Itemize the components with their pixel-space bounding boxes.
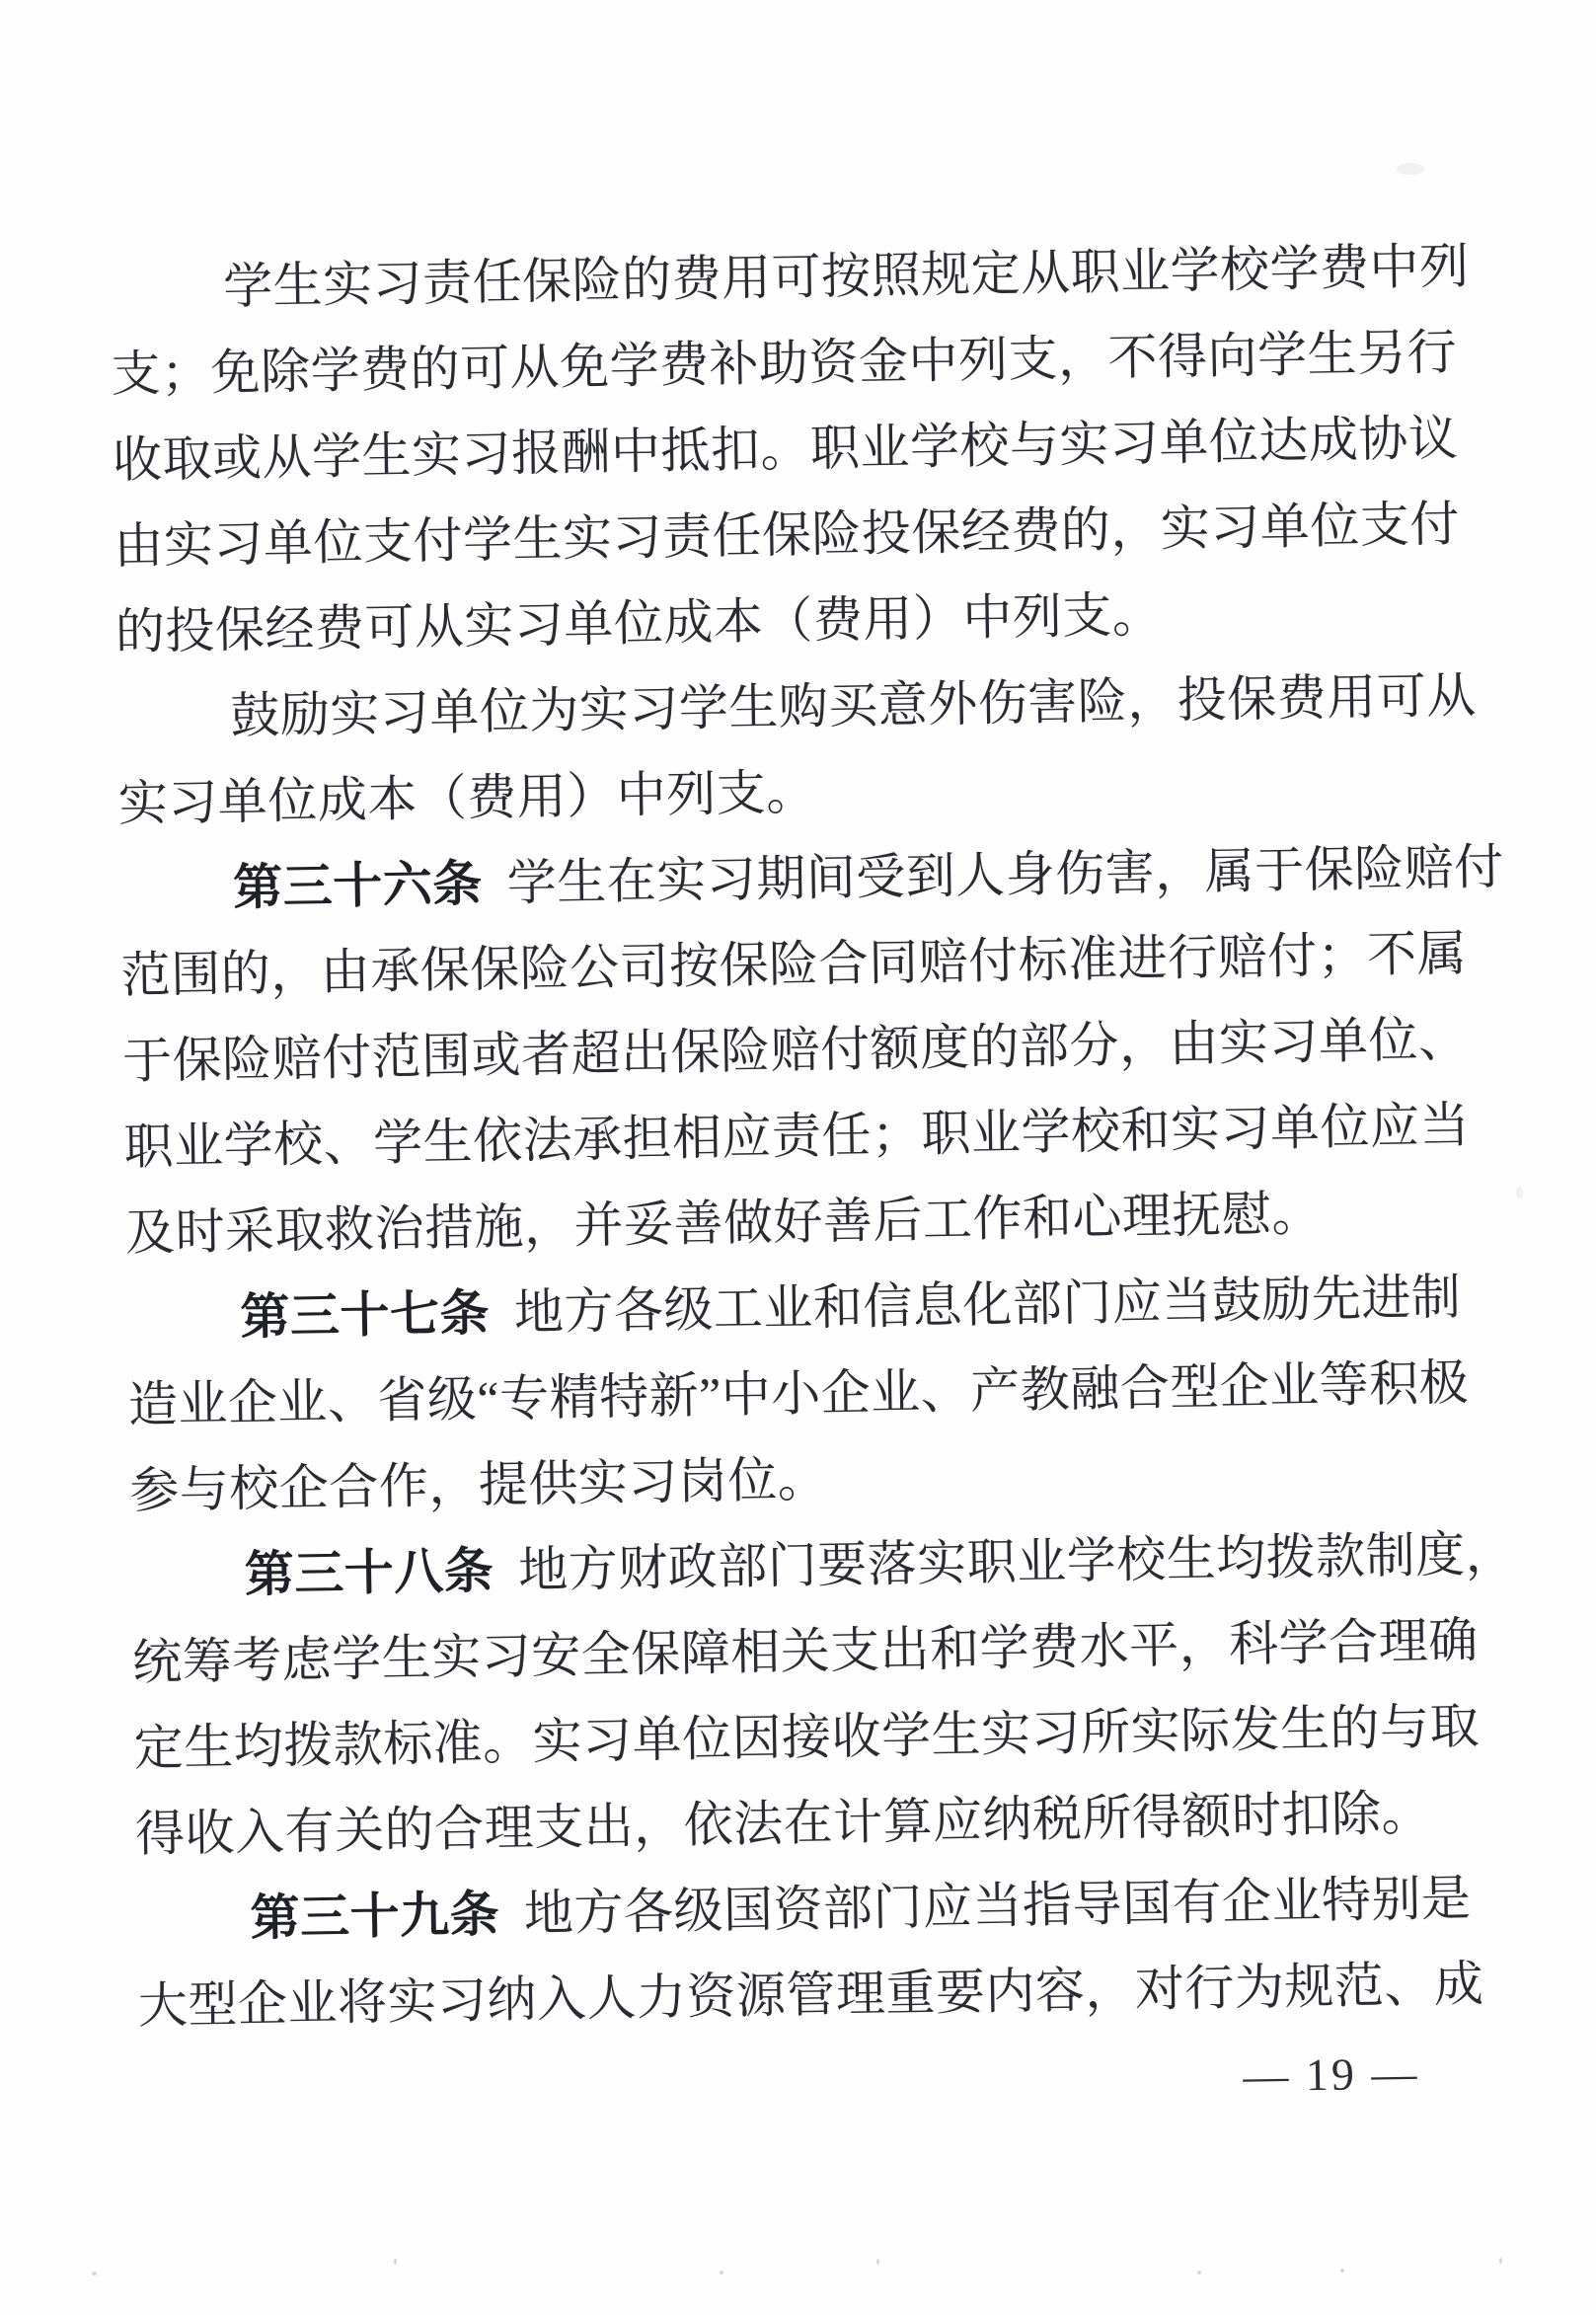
scan-speck bbox=[1197, 2271, 1201, 2275]
document-text-block: 学生实习责任保险的费用可按照规定从职业学校学费中列 支；免除学费的可从免学费补助… bbox=[109, 224, 1451, 2049]
scan-speck bbox=[1499, 2258, 1502, 2264]
line-text: 实习单位成本（费用）中列支。 bbox=[117, 764, 816, 831]
line-text: 及时采取救治措施，并妥善做好善后工作和心理抚慰。 bbox=[125, 1186, 1323, 1261]
scan-speck bbox=[720, 2271, 723, 2275]
line-text: 于保险赔付范围或者超出保险赔付额度的部分，由实习单位、 bbox=[122, 1011, 1469, 1089]
scan-speck bbox=[876, 2259, 879, 2265]
article-number: 第三十九条 bbox=[250, 1887, 499, 1946]
line-text: 支；免除学费的可从免学费补助资金中列支，不得向学生另行 bbox=[111, 325, 1457, 403]
article-number: 第三十七条 bbox=[240, 1285, 490, 1345]
line-text: 大型企业将实习纳入人力资源管理重要内容，对行为规范、成 bbox=[138, 1956, 1484, 2034]
line-text: 职业学校、学生依法承担相应责任；职业学校和实习单位应当 bbox=[123, 1097, 1470, 1175]
line-text: 地方各级国资部门应当指导国有企业特别是 bbox=[524, 1870, 1472, 1941]
page-number: — 19 — bbox=[1243, 2046, 1420, 2102]
line-text: 得收入有关的合理支出，依法在计算应纳税所得额时扣除。 bbox=[135, 1785, 1432, 1862]
line-text: 范围的，由承保保险公司按保险合同赔付标准进行赔付；不属 bbox=[120, 925, 1467, 1003]
line-text: 定生均拨款标准。实习单位因接收学生实习所实际发生的与取 bbox=[133, 1698, 1480, 1776]
line-text: 学生实习责任保险的费用可按照规定从职业学校学费中列 bbox=[223, 238, 1470, 314]
line-text: 鼓励实习单位为实习学生购买意外伤害险，投保费用可从 bbox=[230, 667, 1477, 743]
line-text: 地方财政部门要落实职业学校生均拨款制度， bbox=[518, 1526, 1516, 1598]
article-number: 第三十八条 bbox=[244, 1543, 494, 1602]
line-text: 的投保经费可从实习单位成本（费用）中列支。 bbox=[114, 587, 1162, 660]
scan-speck bbox=[92, 2272, 97, 2276]
article-number: 第三十六条 bbox=[233, 856, 483, 915]
scanned-document-page: 学生实习责任保险的费用可按照规定从职业学校学费中列 支；免除学费的可从免学费补助… bbox=[0, 0, 1596, 2315]
line-text: 收取或从学生实习报酬中抵扣。职业学校与实习单位达成协议 bbox=[113, 411, 1459, 489]
line-text: 统筹考虑学生实习安全保障相关支出和学费水平，科学合理确 bbox=[132, 1612, 1479, 1690]
scan-speck bbox=[1340, 2269, 1344, 2273]
scan-smudge bbox=[1516, 1187, 1523, 1198]
line-text: 参与校企合作，提供实习岗位。 bbox=[129, 1451, 828, 1518]
line-text: 由实习单位支付学生实习责任保险投保经费的，实习单位支付 bbox=[114, 496, 1460, 574]
scan-smudge bbox=[1397, 163, 1424, 175]
scan-speck bbox=[394, 2259, 397, 2265]
line-text: 造业企业、省级“专精特新”中小企业、产教融合型企业等积极 bbox=[127, 1354, 1469, 1432]
line-text: 学生在实习期间受到人身伤害，属于保险赔付 bbox=[506, 839, 1504, 911]
line-text: 地方各级工业和信息化部门应当鼓励先进制 bbox=[513, 1270, 1461, 1341]
